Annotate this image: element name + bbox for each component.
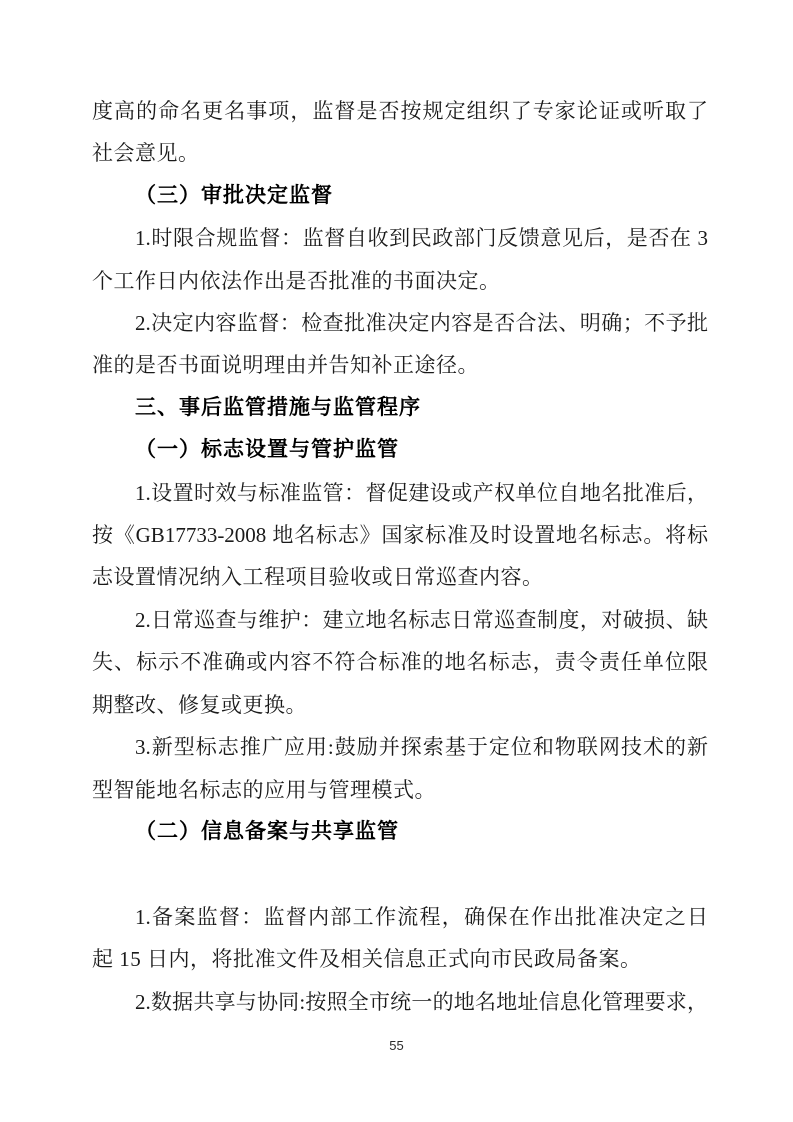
blank-line — [92, 853, 708, 895]
text-line: 2.决定内容监督：检查批准决定内容是否合法、明确；不予批 — [92, 302, 708, 344]
page-number: 55 — [0, 1038, 793, 1053]
text-line: 度高的命名更名事项，监督是否按规定组织了专家论证或听取了 — [92, 90, 708, 132]
text-line: 社会意见。 — [92, 132, 708, 174]
text-line: 1.设置时效与标准监管：督促建设或产权单位自地名批准后， — [92, 472, 708, 514]
text-line: 2.日常巡查与维护：建立地名标志日常巡查制度，对破损、缺 — [92, 599, 708, 641]
subsection-heading: （二）信息备案与共享监管 — [92, 811, 708, 853]
text-line: 起 15 日内，将批准文件及相关信息正式向市民政局备案。 — [92, 938, 708, 980]
document-content: 度高的命名更名事项，监督是否按规定组织了专家论证或听取了社会意见。（三）审批决定… — [92, 90, 708, 1023]
text-line: 期整改、修复或更换。 — [92, 684, 708, 726]
text-line: 1.备案监督：监督内部工作流程，确保在作出批准决定之日 — [92, 896, 708, 938]
text-line: 志设置情况纳入工程项目验收或日常巡查内容。 — [92, 556, 708, 598]
text-line: 3.新型标志推广应用:鼓励并探索基于定位和物联网技术的新 — [92, 726, 708, 768]
text-line: 个工作日内依法作出是否批准的书面决定。 — [92, 260, 708, 302]
text-line: 按《GB17733-2008 地名标志》国家标准及时设置地名标志。将标 — [92, 514, 708, 556]
text-line: 2.数据共享与协同:按照全市统一的地名地址信息化管理要求， — [92, 981, 708, 1023]
section-heading: 三、事后监管措施与监管程序 — [92, 387, 708, 429]
subsection-heading: （三）审批决定监督 — [92, 175, 708, 217]
text-line: 1.时限合规监督：监督自收到民政部门反馈意见后，是否在 3 — [92, 217, 708, 259]
document-page: 度高的命名更名事项，监督是否按规定组织了专家论证或听取了社会意见。（三）审批决定… — [0, 0, 793, 1122]
text-line: 失、标示不准确或内容不符合标准的地名标志，责令责任单位限 — [92, 641, 708, 683]
text-line: 型智能地名标志的应用与管理模式。 — [92, 769, 708, 811]
text-line: 准的是否书面说明理由并告知补正途径。 — [92, 344, 708, 386]
subsection-heading: （一）标志设置与管护监管 — [92, 429, 708, 471]
